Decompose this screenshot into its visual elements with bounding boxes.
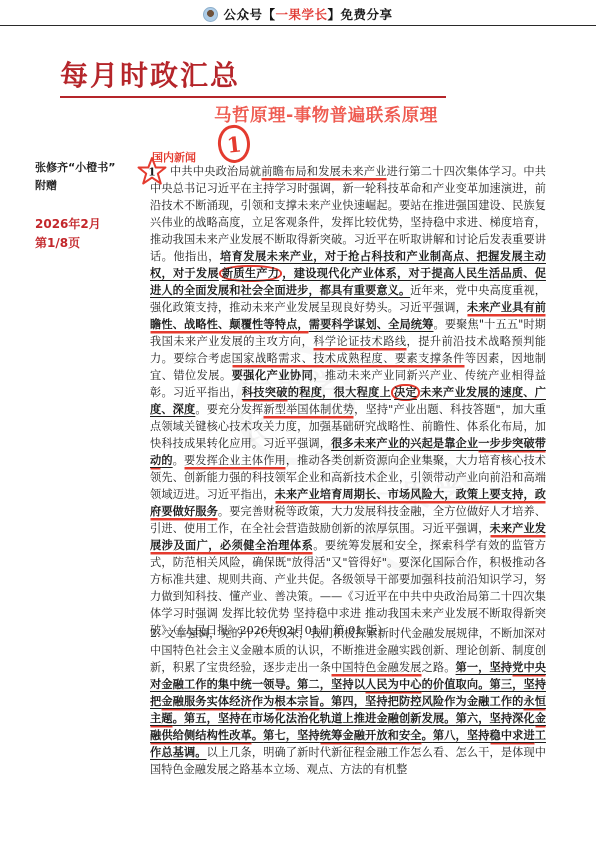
text-segment: 中共中央政治局就 — [170, 165, 261, 178]
page-title: 每月时政汇总 — [60, 54, 240, 94]
text-segment: 统筹金融开放和安全 — [320, 729, 422, 742]
text-segment: 新质生产力 — [219, 265, 282, 282]
text-segment: 第八，坚持 — [433, 729, 490, 742]
text-segment: 等因素 — [465, 352, 500, 365]
text-segment: 第五，坚持在市场化法治化轨道上推进金融创新发展。 — [184, 712, 456, 725]
page-number: 第1/8页 — [35, 234, 140, 253]
text-segment: 要综合考虑 — [173, 352, 231, 365]
text-segment: 国家战略需求、技术成熟程度、要素支撑条件 — [232, 352, 465, 365]
issue-date: 2026年2月 — [35, 215, 140, 234]
header-text-suffix: 】免费分享 — [328, 7, 393, 22]
text-segment: 中国特色金融发展 — [331, 661, 422, 674]
text-segment: 前瞻布局和发展未来产业 — [261, 165, 386, 178]
text-segment: 的 — [161, 454, 172, 467]
text-segment: 。 — [173, 712, 184, 725]
text-segment: 的价值取向。 — [422, 678, 490, 691]
text-segment: 。 — [195, 746, 206, 759]
text-segment: 人民为中心 — [365, 678, 422, 691]
text-segment: 需要科学谋划、全局统筹 — [309, 318, 434, 331]
text-segment: 作为 — [252, 695, 275, 708]
document-page: 公众号【一果学长】免费分享 每月时政汇总 马哲原理-事物普遍联系原理 1 张修齐… — [0, 0, 596, 842]
text-segment: 之路。 — [422, 661, 456, 674]
news-paragraph-2: 2. 文章强调，党的十八大以来，我们积极探索新时代金融发展规律，不断加深对中国特… — [150, 625, 546, 778]
text-segment: 要强化产业协同 — [232, 369, 314, 382]
text-segment: 以上几条，明确了新时代新征程金融工作怎么看、怎么干，是体现中国特色金融发展之路基… — [150, 746, 546, 776]
margin-note: 张修齐“小橙书” 附赠 2026年2月 第1/8页 — [35, 159, 140, 253]
owner-name: 张修齐“小橙书” — [35, 159, 140, 177]
header-brand-name: 一果学长 — [275, 7, 327, 22]
text-segment: 党中央 — [512, 661, 546, 674]
text-segment: 很多未来产业的兴起是靠企业 — [331, 437, 478, 450]
text-segment: 。要统筹发展和安全，探索科学有效的监管方式，防范相关风险，确保既"放得活"又"管… — [150, 539, 546, 637]
text-segment: 第六，坚持深化 — [456, 712, 535, 725]
text-segment: 新型举国体制优势 — [263, 403, 354, 416]
text-segment: 。 — [173, 454, 184, 467]
text-segment: 第一，坚持 — [456, 661, 513, 674]
page-subtitle: 马哲原理-事物普遍联系原理 — [214, 102, 438, 127]
owner-note: 附赠 — [35, 177, 140, 195]
text-segment: 。 — [422, 729, 433, 742]
text-segment: 要发挥企业主体作用 — [184, 454, 286, 467]
page-header: 公众号【一果学长】免费分享 — [0, 5, 596, 23]
text-segment: 第二，坚持以 — [297, 678, 365, 691]
text-segment: 。 — [252, 729, 263, 742]
text-segment: 。要充分发挥 — [195, 403, 263, 416]
text-segment: ， — [407, 335, 419, 348]
text-segment: 稳中求进 — [490, 729, 535, 742]
text-segment: 根本宗旨 — [275, 695, 320, 708]
text-segment: 科学论证技术路线 — [313, 335, 406, 348]
header-divider — [0, 25, 596, 26]
text-segment: 第七，坚持 — [263, 729, 320, 742]
text-segment: 。 — [320, 695, 331, 708]
text-segment: 的程度，很大程度上 — [288, 386, 391, 399]
news-paragraph-1: 中共中央政治局就前瞻布局和发展未来产业进行第二十四次集体学习。中共中央总书记习近… — [150, 163, 546, 639]
text-segment: 对金融工作的集中统一领导。 — [150, 678, 297, 691]
text-segment: 金融服务实体经济 — [161, 695, 252, 708]
text-segment: 科技突破 — [242, 386, 288, 399]
text-segment: 决定 — [391, 384, 420, 401]
circled-number-annotation: 1 — [216, 123, 252, 164]
account-avatar-icon — [203, 7, 218, 22]
header-text-prefix: 公众号【 — [223, 7, 275, 22]
title-underline — [60, 96, 446, 98]
text-segment: 第四，坚持把防控风险作为金融工作的 — [331, 695, 523, 708]
